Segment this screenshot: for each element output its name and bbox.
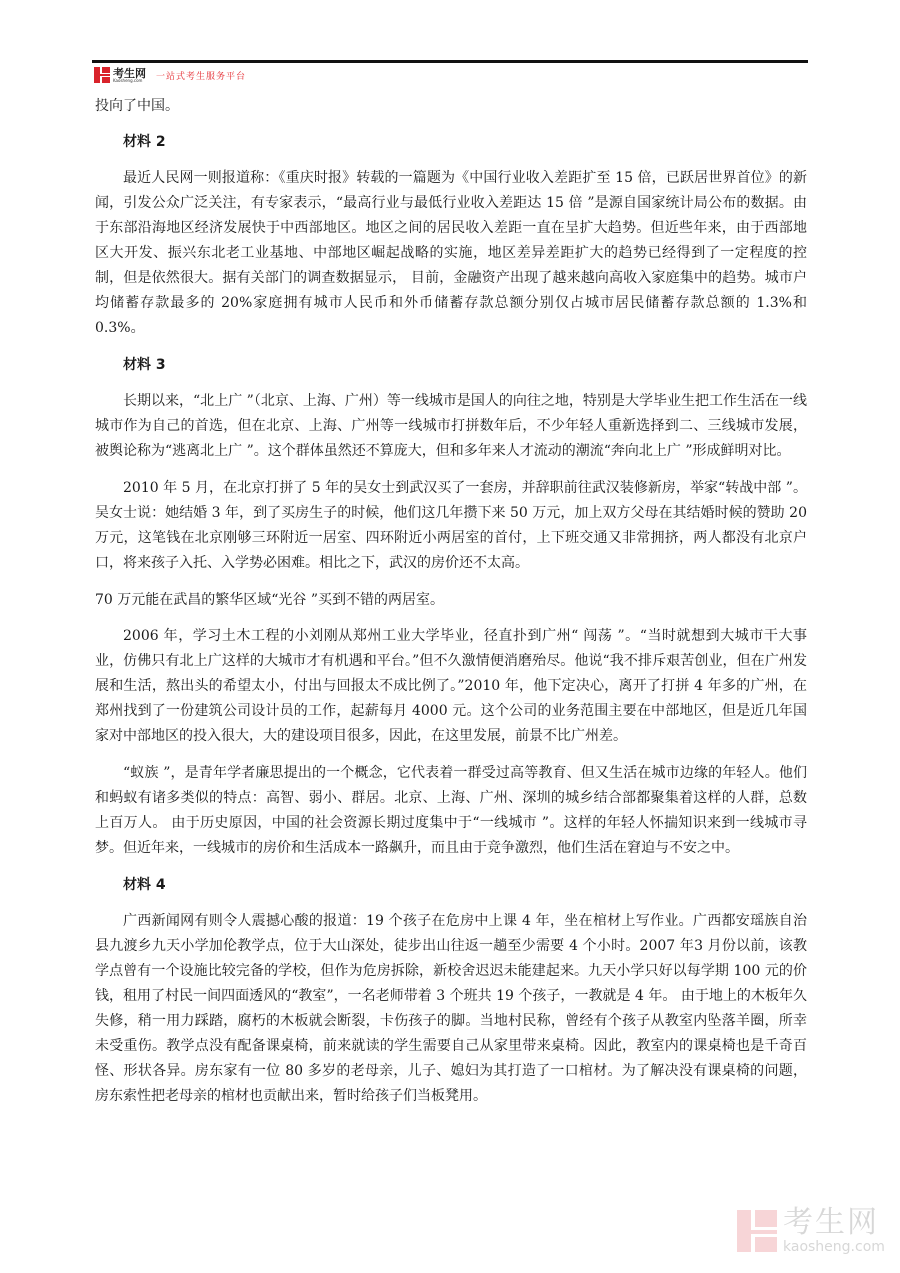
header-rule — [92, 60, 808, 63]
material-3-paragraph: 2010 年 5 月，在北京打拼了 5 年的吴女士到武汉买了一套房，并辞职前往武… — [95, 476, 807, 576]
material-3-paragraph: 长期以来，“北上广 ”（北京、上海、广州）等一线城市是国人的向往之地，特别是大学… — [95, 389, 807, 464]
material-2-paragraph: 最近人民网一则报道称：《重庆时报》转载的一篇题为《中国行业收入差距扩至 15 倍… — [95, 166, 807, 341]
lead-in-text: 投向了中国。 — [95, 94, 807, 119]
site-logo: 考生网 Kaosheng.com 一站式考生服务平台 — [94, 67, 246, 83]
watermark-domain: kaosheng.com — [783, 1240, 885, 1254]
material-4-paragraph: 广西新闻网有则令人震撼心酸的报道：19 个孩子在危房中上课 4 年，坐在棺材上写… — [95, 909, 807, 1109]
document-body: 投向了中国。 材料 2 最近人民网一则报道称：《重庆时报》转载的一篇题为《中国行… — [95, 94, 807, 1109]
logo-domain: Kaosheng.com — [113, 79, 146, 83]
material-4-heading: 材料 4 — [95, 873, 807, 898]
material-2-heading: 材料 2 — [95, 130, 807, 155]
logo-chinese-name: 考生网 — [113, 68, 146, 79]
material-3-heading: 材料 3 — [95, 353, 807, 378]
material-3-paragraph: 2006 年，学习土木工程的小刘刚从郑州工业大学毕业，径直扑到广州“ 闯荡 ”。… — [95, 624, 807, 749]
material-3-paragraph: 70 万元能在武昌的繁华区域“光谷 ”买到不错的两居室。 — [95, 588, 807, 613]
header-slogan: 一站式考生服务平台 — [156, 69, 246, 82]
material-3-paragraph: “蚁族 ”，是青年学者廉思提出的一个概念，它代表着一群受过高等教育、但又生活在城… — [95, 761, 807, 861]
watermark-logo-icon — [737, 1210, 777, 1252]
kaosheng-logo-icon — [94, 67, 110, 83]
watermark-logo: 考生网 kaosheng.com — [737, 1208, 885, 1254]
watermark-chinese-name: 考生网 — [783, 1208, 885, 1238]
